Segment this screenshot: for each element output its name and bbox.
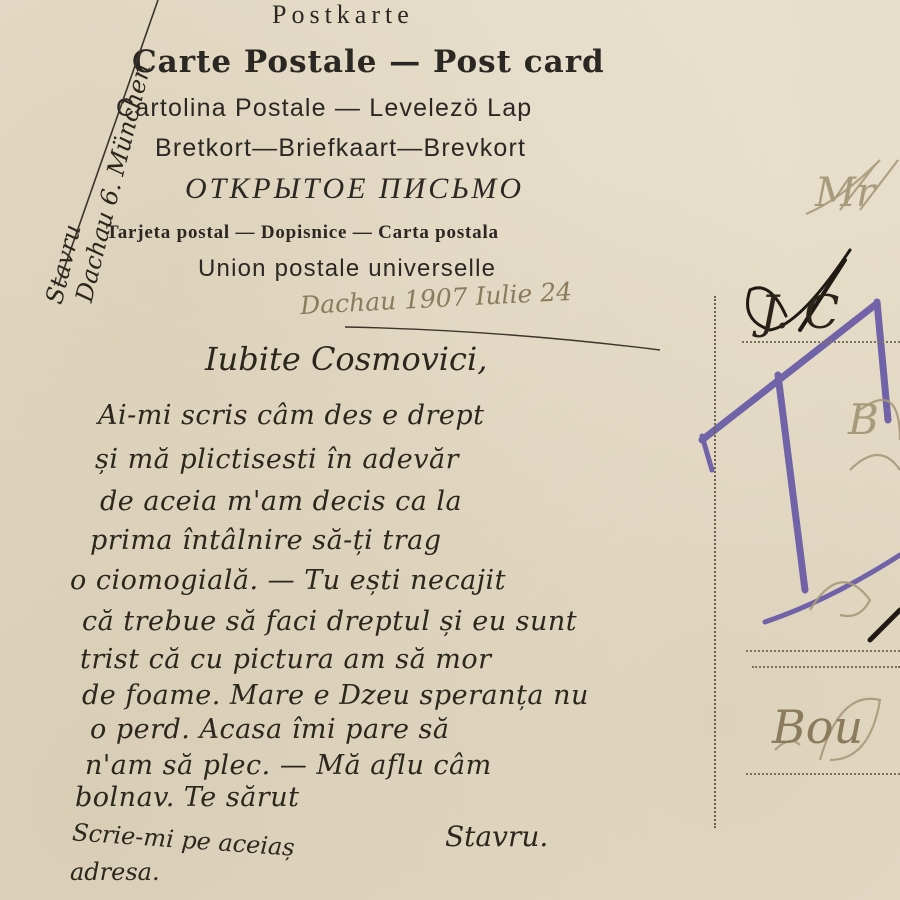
letter-line: bolnav. Te sărut [75, 782, 299, 813]
letter-line: trist că cu pictura am să mor [80, 644, 492, 675]
address-line [746, 650, 900, 652]
salutation: Iubite Cosmovici, [205, 340, 487, 378]
address-divider [714, 296, 716, 828]
address-city: Bou [772, 700, 863, 754]
letter-line: și mă plictisesti în adevăr [95, 444, 459, 475]
postcard: Postkarte Carte Postale — Post card Cart… [0, 0, 900, 900]
letter-line: de foame. Mare e Dzeu speranța nu [82, 680, 589, 711]
postscript-line: adresa. [70, 858, 160, 886]
address-line [742, 341, 900, 343]
letter-line: o ciomogială. — Tu ești necajit [70, 565, 506, 596]
letter-line: prima întâlnire să-ți trag [90, 525, 442, 556]
letter-line: o perd. Acasa îmi pare să [90, 714, 449, 745]
address-street: B [848, 395, 879, 444]
address-line [746, 773, 900, 775]
address-recipient-title: Mr [815, 170, 875, 216]
address-line [752, 666, 900, 668]
signature: Stavru. [445, 820, 548, 853]
letter-line: Ai-mi scris câm des e drept [98, 400, 485, 431]
letter-line: de aceia m'am decis ca la [100, 486, 462, 517]
address-recipient-name: J. C [760, 285, 839, 339]
letter-line: n'am să plec. — Mă aflu câm [85, 750, 492, 781]
letter-line: că trebue să faci dreptul și eu sunt [82, 606, 577, 637]
